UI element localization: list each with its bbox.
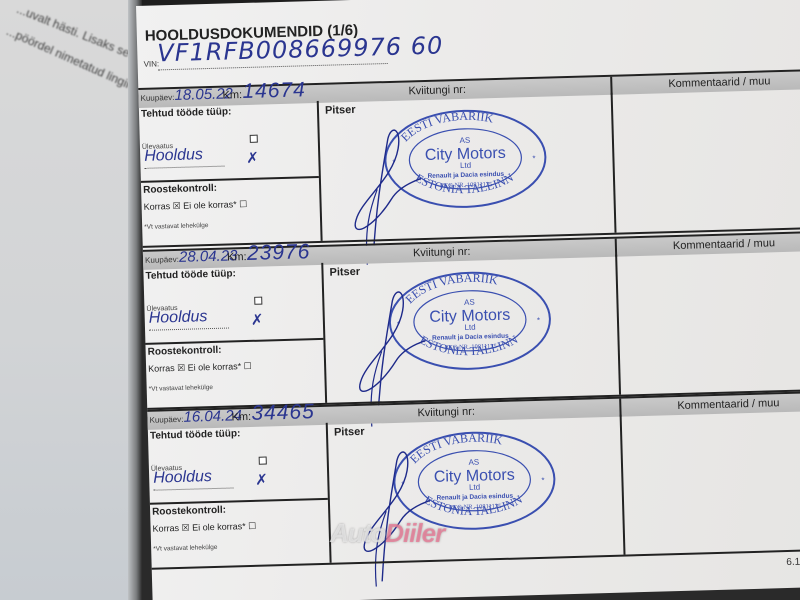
service-entry: Kuupäev: 18.05.22 Km: 14674 Kviitungi nr… <box>138 69 800 88</box>
rust-check-note: *Vt vastavat lehekülge <box>153 544 217 553</box>
service-handwritten: Hooldus <box>148 308 207 328</box>
svg-text:REG.NR. 10811125: REG.NR. 10811125 <box>440 181 493 189</box>
dotted-line <box>149 328 229 331</box>
svg-text:EESTI VABARIIK: EESTI VABARIIK <box>406 430 504 467</box>
rust-check-box: Roostekontroll: Korras ☒ Ei ole korras* … <box>141 177 321 246</box>
svg-text:*: * <box>541 476 544 485</box>
watermark-part1: Auto <box>330 518 385 548</box>
work-type-label: Tehtud tööde tüüp: <box>150 428 241 442</box>
km-value: 14674 <box>242 78 306 104</box>
svg-text:*: * <box>401 480 404 489</box>
stamp-label: Pitser <box>325 104 356 117</box>
work-type-box: Tehtud tööde tüüp: Ülevaatus Hooldus ✗ <box>143 263 323 345</box>
stamp-area: Pitser EESTI VABARIIK ESTONIA TALLINN AS… <box>319 93 617 241</box>
checkmark-icon[interactable]: ✗ <box>255 471 268 489</box>
svg-text:Ltd: Ltd <box>469 483 480 492</box>
service-handwritten: Hooldus <box>153 468 212 488</box>
date-label: Kuupäev: <box>140 93 174 103</box>
work-section: Tehtud tööde tüüp: Ülevaatus Hooldus ✗ R… <box>139 101 323 246</box>
dotted-line <box>145 166 225 169</box>
km-label: Km: <box>222 89 242 102</box>
svg-text:AS: AS <box>464 298 475 307</box>
receipt-number-label: Kviitungi nr: <box>413 246 471 260</box>
km-label: Km: <box>231 411 251 424</box>
left-page: ...uvalt hästi. Lisaks see... ...pöördel… <box>0 0 138 600</box>
comments-area <box>622 409 800 555</box>
svg-text:EESTI VABARIIK: EESTI VABARIIK <box>397 108 495 145</box>
rust-check-box: Roostekontroll: Korras ☒ Ei ole korras* … <box>150 499 330 568</box>
work-type-box: Tehtud tööde tüüp: Ülevaatus Hooldus ✗ <box>148 423 328 505</box>
checkmark-icon[interactable]: ✗ <box>246 149 259 167</box>
checkmark-icon[interactable]: ✗ <box>251 311 264 329</box>
dealer-stamp: EESTI VABARIIK ESTONIA TALLINN AS City M… <box>379 105 552 215</box>
dotted-line <box>154 487 234 490</box>
svg-text:*: * <box>392 158 395 167</box>
rust-check-options: Korras ☒ Ei ole korras* ☐ <box>148 361 252 375</box>
km-value: 23976 <box>247 240 311 266</box>
receipt-number-label: Kviitungi nr: <box>417 406 475 420</box>
svg-text:EESTI VABARIIK: EESTI VABARIIK <box>402 270 500 307</box>
watermark-part2: Diiler <box>385 518 444 548</box>
svg-text:*: * <box>537 316 540 325</box>
service-document-page: HOOLDUSDOKUMENDID (1/6) VIN: VF1RFB00866… <box>136 0 800 600</box>
svg-text:AS: AS <box>468 458 479 467</box>
rust-check-label: Roostekontroll: <box>152 505 226 518</box>
comments-area <box>617 249 800 395</box>
stamp-area: Pitser EESTI VABARIIK ESTONIA TALLINN AS… <box>323 255 621 403</box>
watermark-logo: AutoDiiler <box>330 518 444 549</box>
work-type-box: Tehtud tööde tüüp: Ülevaatus Hooldus ✗ <box>139 101 319 183</box>
svg-text:*: * <box>532 154 535 163</box>
page-number: 6.13 <box>786 557 800 569</box>
svg-text:REG.NR. 10811125: REG.NR. 10811125 <box>444 343 497 351</box>
rust-check-box: Roostekontroll: Korras ☒ Ei ole korras* … <box>145 339 325 408</box>
work-type-label: Tehtud tööde tüüp: <box>141 106 232 120</box>
work-section: Tehtud tööde tüüp: Ülevaatus Hooldus ✗ R… <box>148 423 332 568</box>
dealer-stamp: EESTI VABARIIK ESTONIA TALLINN AS City M… <box>384 266 557 376</box>
stamp-label: Pitser <box>329 266 360 279</box>
rust-check-note: *Vt vastavat lehekülge <box>149 384 213 393</box>
work-type-label: Tehtud tööde tüüp: <box>145 268 236 282</box>
km-value: 34465 <box>251 400 315 426</box>
svg-text:AS: AS <box>459 136 470 145</box>
svg-text:Ltd: Ltd <box>460 161 471 170</box>
checkbox-empty[interactable] <box>254 297 262 305</box>
km-label: Km: <box>227 251 247 264</box>
date-label: Kuupäev: <box>149 415 183 425</box>
rust-check-options: Korras ☒ Ei ole korras* ☐ <box>143 199 247 213</box>
svg-text:REG.NR. 10811125: REG.NR. 10811125 <box>449 503 502 511</box>
date-label: Kuupäev: <box>145 255 179 265</box>
checkbox-empty[interactable] <box>259 457 267 465</box>
rust-check-label: Roostekontroll: <box>148 345 222 358</box>
rust-check-label: Roostekontroll: <box>143 183 217 196</box>
work-section: Tehtud tööde tüüp: Ülevaatus Hooldus ✗ R… <box>143 263 327 408</box>
svg-text:Ltd: Ltd <box>464 323 475 332</box>
receipt-number-label: Kviitungi nr: <box>408 84 466 98</box>
checkbox-empty[interactable] <box>250 135 258 143</box>
service-handwritten: Hooldus <box>144 146 203 166</box>
stamp-label: Pitser <box>334 426 365 439</box>
comments-area <box>613 87 800 233</box>
svg-text:*: * <box>397 320 400 329</box>
rust-check-options: Korras ☒ Ei ole korras* ☐ <box>152 521 256 535</box>
rust-check-note: *Vt vastavat lehekülge <box>144 222 208 231</box>
